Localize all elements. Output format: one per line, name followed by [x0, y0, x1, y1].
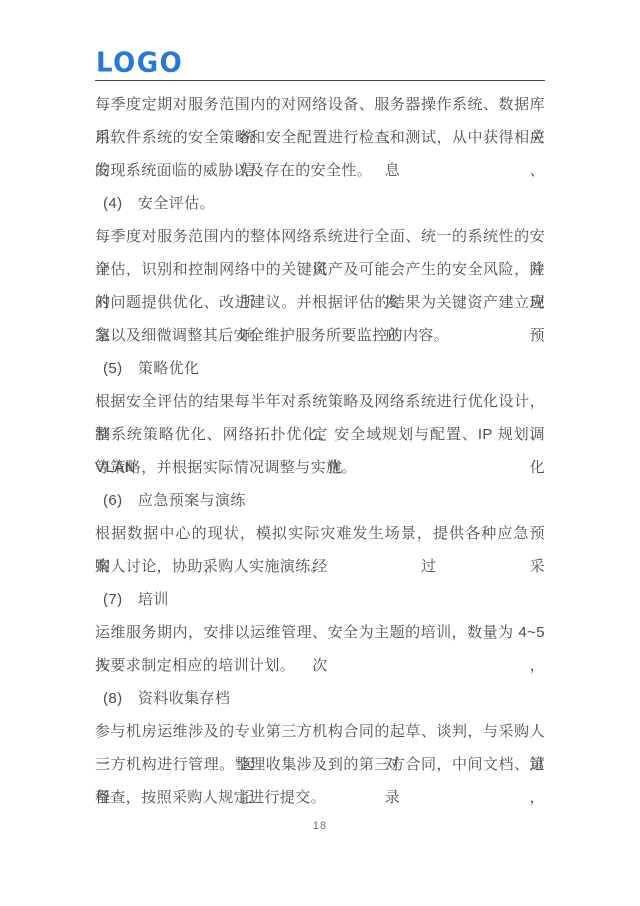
document-page: LOGO 每季度定期对服务范围内的对网络设备、服务器操作系统、数据库系统、应用软…	[0, 0, 640, 906]
text-line: 三方机构进行管理。整理收集涉及到的第三方合同，中间文档、过程记录，	[95, 748, 545, 781]
text-line: 整系统策略优化、网络拓扑优化、安全域规划与配置、IP 规划、VLAN 优化	[95, 418, 545, 451]
header-divider	[95, 80, 545, 81]
section-heading: (6) 应急预案与演练	[95, 484, 545, 517]
logo-text: LOGO	[96, 47, 183, 79]
section-heading: (4) 安全评估。	[95, 187, 545, 220]
section-heading: (5) 策略优化	[95, 352, 545, 385]
text-line: 用软件系统的安全策略和安全配置进行检查和测试，从中获得相关的信息、	[95, 121, 545, 154]
page-number: 18	[0, 820, 640, 832]
text-line: 参与机房运维涉及的专业第三方机构合同的起草、谈判，与采购人一起对第	[95, 715, 545, 748]
text-line: 每季度对服务范围内的整体网络系统进行全面、统一的系统性的安全风险	[95, 220, 545, 253]
text-line: 每季度定期对服务范围内的对网络设备、服务器操作系统、数据库系统、应	[95, 88, 545, 121]
text-line: 的问题提供优化、改进建议。并根据评估的结果为关键资产建立应急响应预	[95, 286, 545, 319]
section-heading: (7) 培训	[95, 583, 545, 616]
text-line: 根据安全评估的结果每半年对系统策略及网络系统进行优化设计，制定调	[95, 385, 545, 418]
section-heading: (8) 资料收集存档	[95, 682, 545, 715]
text-line: 运维服务期内，安排以运维管理、安全为主题的培训，数量为 4~5 人次，	[95, 616, 545, 649]
document-body: 每季度定期对服务范围内的对网络设备、服务器操作系统、数据库系统、应用软件系统的安…	[95, 88, 545, 814]
text-line: 根据数据中心的现状，模拟实际灾难发生场景，提供各种应急预案，经过采	[95, 517, 545, 550]
text-line: 评估，识别和控制网络中的关键资产及可能会产生的安全风险，并对所发现	[95, 253, 545, 286]
